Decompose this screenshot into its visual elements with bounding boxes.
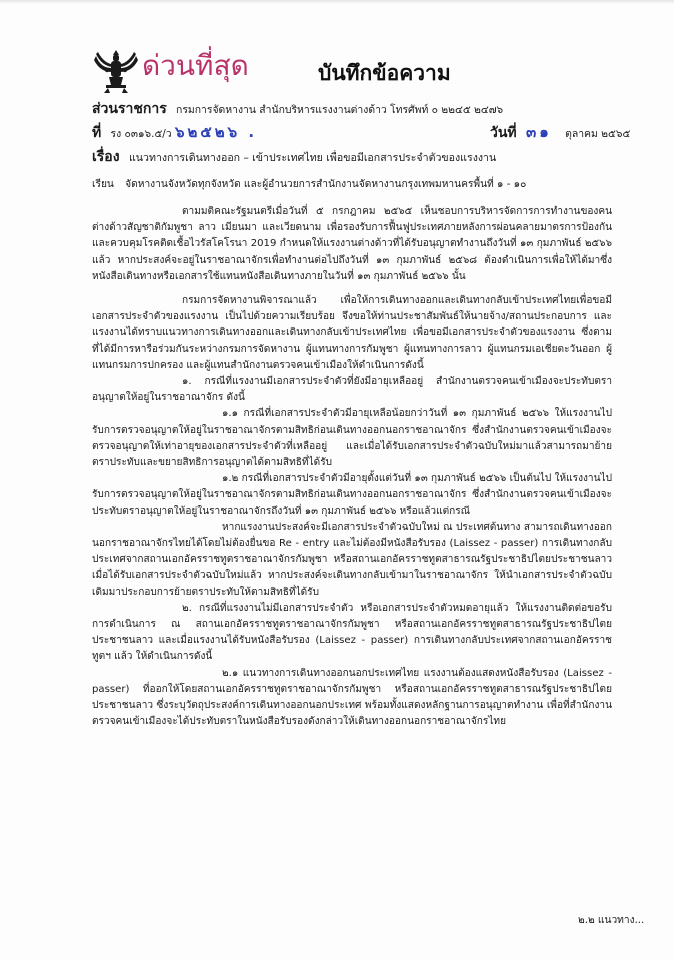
date-month-year: ตุลาคม ๒๕๖๕ <box>565 128 630 140</box>
paragraph-case-2-1: ๒.๑ แนวทางการเดินทางออกนอกประเทศไทย แรงง… <box>92 666 612 731</box>
paragraph-case-1-2: ๑.๒ กรณีที่เอกสารประจำตัวมีอายุตั้งแต่วั… <box>92 471 612 520</box>
subject-line: เรื่อง แนวทางการเดินทางออก – เข้าประเทศไ… <box>92 148 496 167</box>
paragraph-case-1-1: ๑.๑ กรณีที่เอกสารประจำตัวมีอายุเหลือน้อย… <box>92 406 612 471</box>
urgency-stamp: ด่วนที่สุด <box>142 46 249 86</box>
memo-title: บันทึกข้อความ <box>318 58 451 88</box>
garuda-emblem-icon <box>92 46 140 94</box>
paragraph-background: ตามมติคณะรัฐมนตรีเมื่อวันที่ ๕ กรกฎาคม ๒… <box>92 204 612 285</box>
subject-label: เรื่อง <box>92 149 120 165</box>
agency-value: กรมการจัดหางาน สำนักบริหารแรงงานต่างด้าว… <box>176 104 503 116</box>
memo-header: ด่วนที่สุด บันทึกข้อความ <box>90 44 650 100</box>
continuation-marker: ๒.๒ แนวทาง... <box>578 912 644 928</box>
paragraph-new-document: หากแรงงานประสงค์จะมีเอกสารประจำตัวฉบับให… <box>92 520 612 601</box>
subject-value: แนวทางการเดินทางออก – เข้าประเทศไทย เพื่… <box>129 152 496 164</box>
page-edge <box>0 0 674 4</box>
ref-label: ที่ <box>92 125 101 141</box>
date-label: วันที่ <box>490 125 517 141</box>
to-label: เรียน <box>92 179 114 190</box>
ref-number-handwritten: ๖๒๕๒๖ . <box>175 123 257 141</box>
date-block: วันที่ ๓๑ ตุลาคม ๒๕๖๕ <box>490 123 630 143</box>
salutation-line: เรียน จัดหางานจังหวัดทุกจังหวัด และผู้อำ… <box>92 176 526 194</box>
memo-body: ตามมติคณะรัฐมนตรีเมื่อวันที่ ๕ กรกฎาคม ๒… <box>92 204 612 731</box>
agency-label: ส่วนราชการ <box>92 101 167 117</box>
agency-line: ส่วนราชการ กรมการจัดหางาน สำนักบริหารแรง… <box>92 100 503 119</box>
paragraph-consideration: กรมการจัดหางานพิจารณาแล้ว เพื่อให้การเดิ… <box>92 293 612 374</box>
ref-prefix: รง ๐๓๑๖.๕/ว <box>111 128 172 140</box>
paragraph-case-1: ๑. กรณีที่แรงงานมีเอกสารประจำตัวที่ยังมี… <box>92 374 612 406</box>
date-day-handwritten: ๓๑ <box>526 123 552 141</box>
reference-line: ที่ รง ๐๓๑๖.๕/ว ๖๒๕๒๖ . วันที่ ๓๑ ตุลาคม… <box>92 123 632 143</box>
paragraph-case-2: ๒. กรณีที่แรงงานไม่มีเอกสารประจำตัว หรือ… <box>92 601 612 666</box>
to-value: จัดหางานจังหวัดทุกจังหวัด และผู้อำนวยการ… <box>125 179 526 190</box>
